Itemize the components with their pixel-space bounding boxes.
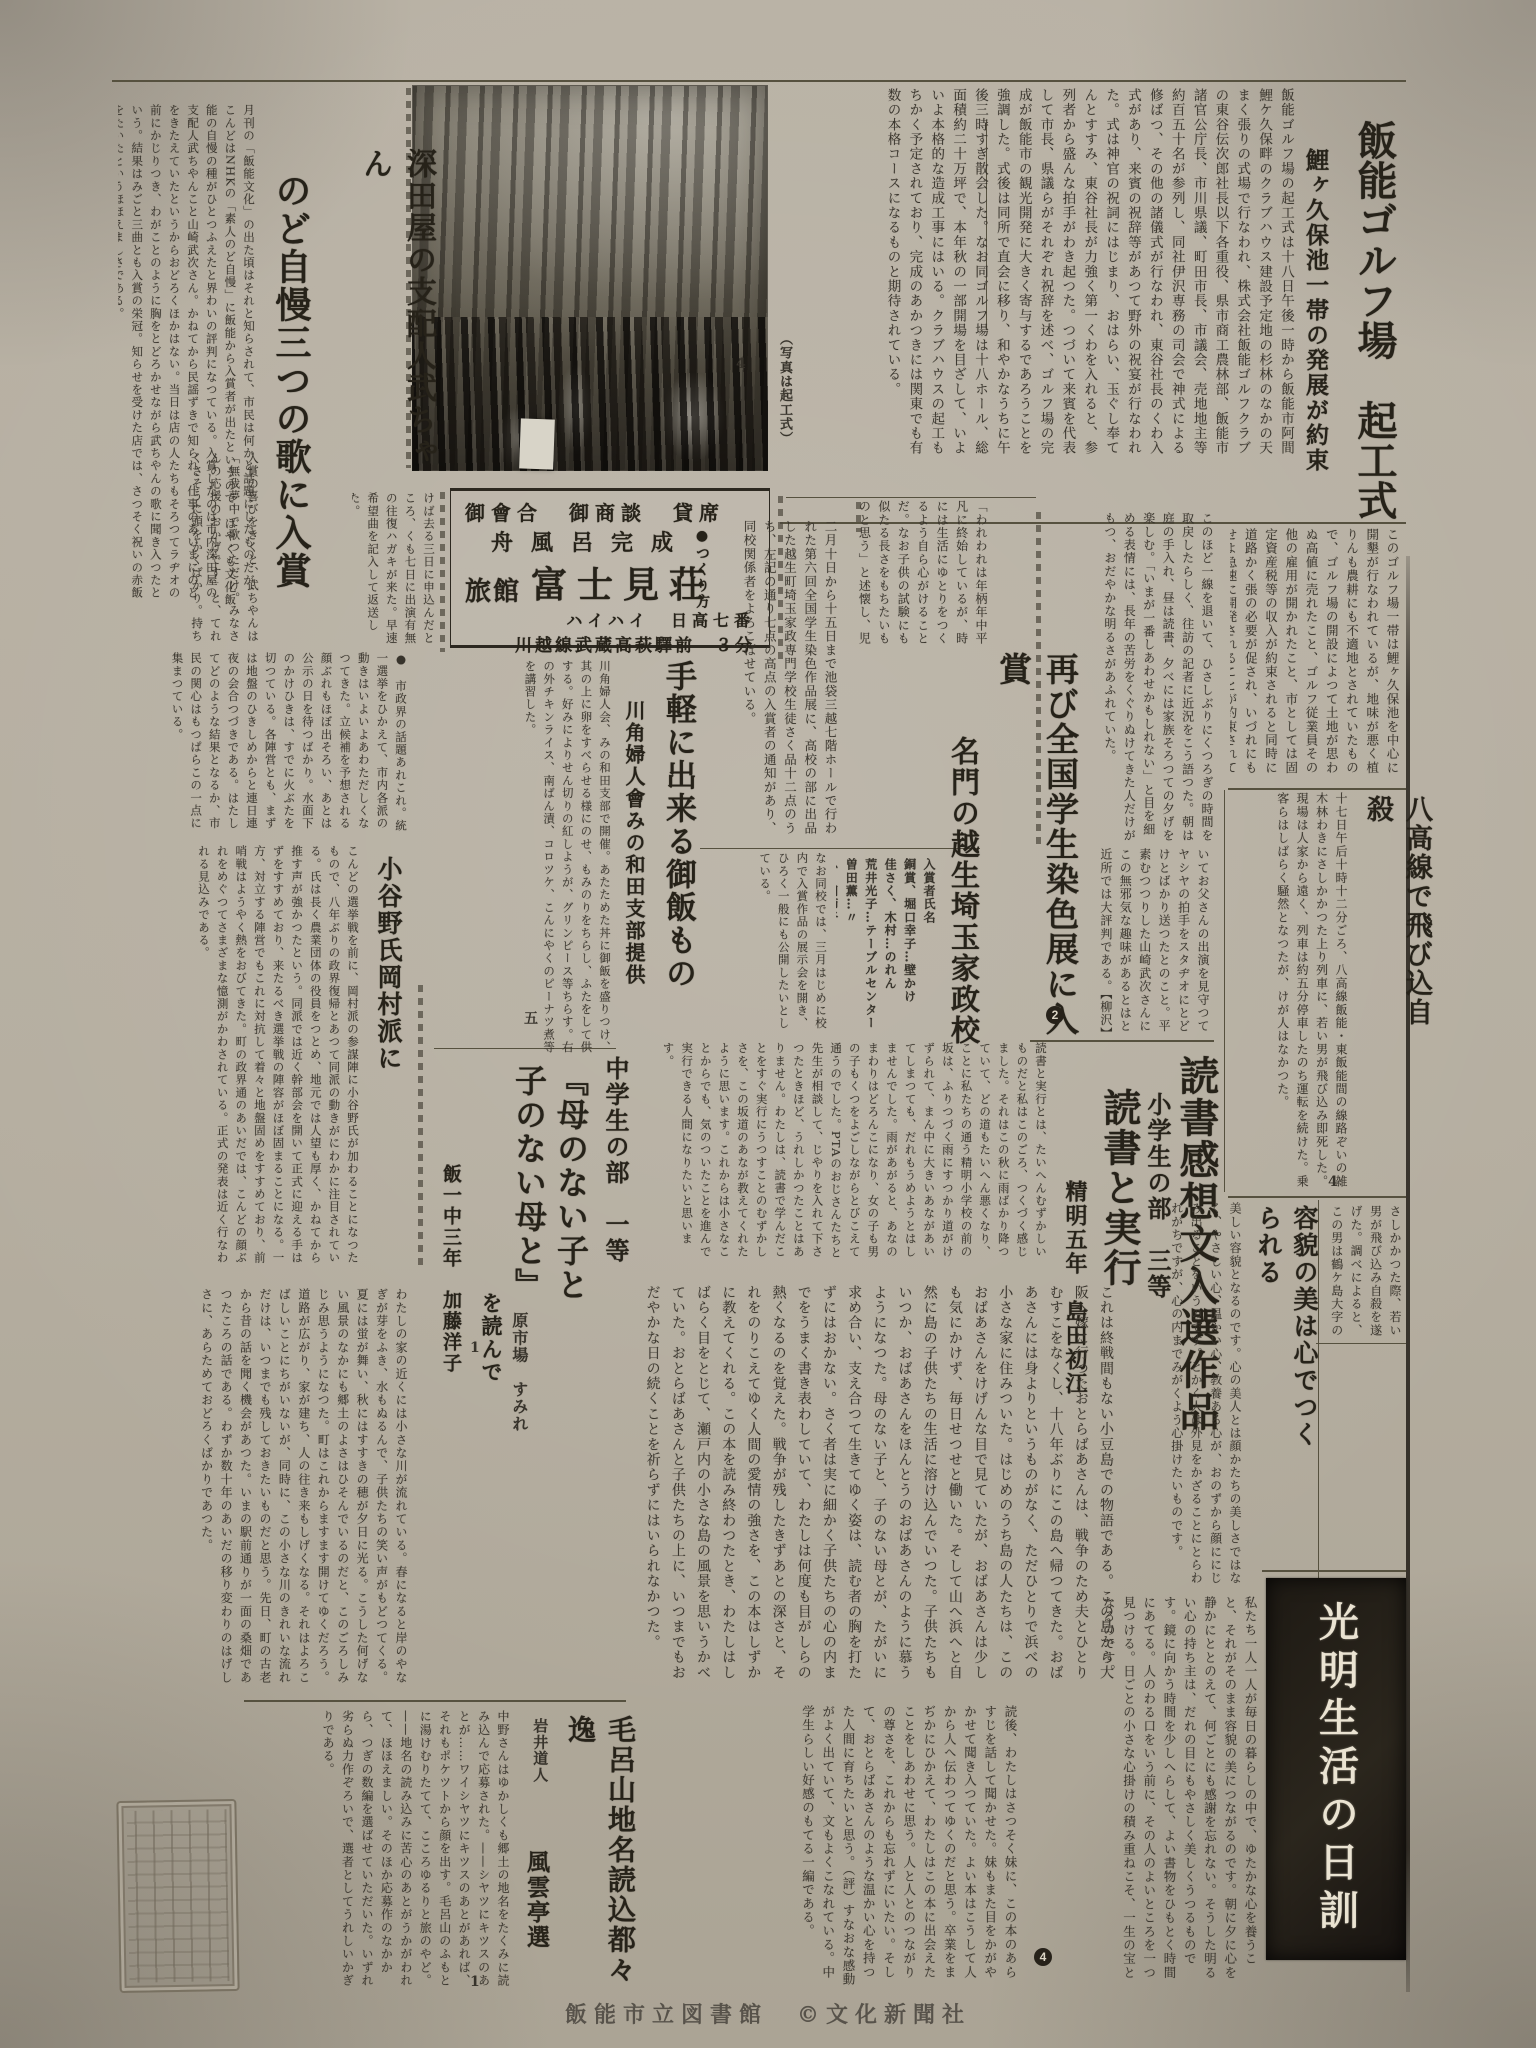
circled-number-2: 2 — [1046, 1006, 1064, 1024]
suicide-body2: さしかかつた際、若い男が飛び込み自殺を遂げた。調べによると、この男は鶴ケ島大字の… — [1324, 1205, 1404, 1341]
dye-subhead: 名門の越生埼玉家政校 — [944, 736, 985, 1046]
suicide-body: 十七日午后十時十二分ごろ、八高線飯能・東飯能間の線路ぞいの雑木林わきにさしかかつ… — [1230, 792, 1350, 1192]
koyano-headline: 小谷野氏岡村派に — [370, 856, 406, 1086]
divider — [1228, 1196, 1406, 1198]
essay-byline2: 飯一中三年 加藤洋子 — [438, 1164, 465, 1464]
essay1-body: 読書と実行とは、たいへんむずかしいものだと私はこのごろ、つくづく感じました。それ… — [620, 1042, 1050, 1270]
rice-body: 川角婦人会、みの和田支部で開催。あたためた丼に御飯を盛りつけ、其の上に卵をすべら… — [520, 660, 614, 1060]
beauty-headline-b: られる — [1250, 1205, 1286, 1305]
divider — [786, 497, 1036, 498]
nodo-headline-main: のど自慢三つの歌に入賞 — [266, 172, 317, 627]
footer-caption: 飯能市立図書館 ©文化新聞社 — [0, 1998, 1536, 2029]
divider — [700, 848, 980, 849]
nodo-body3: けば去る三日に申込んだところ、くも七日に出演有無の往復ハガキが来た。早速希望曲を… — [352, 492, 438, 652]
crowd-in-photo — [412, 317, 768, 471]
beauty-headline-a: 容貌の美は心でつく — [1286, 1205, 1322, 1455]
golf-lead: 飯能ゴルフ場の起工式は十八日午後一時から飯能市阿間鯉ケ久保畔のクラブハウス建設予… — [772, 88, 1296, 462]
dodoitsu-headline: 毛呂山地名読込都々逸 — [560, 1715, 640, 2005]
golf-continuation: このゴルフ場一帯は鯉ヶ久保池を中心に開墾が行なわれているが、地味が悪く植りんも農… — [1230, 528, 1402, 784]
divider — [1228, 788, 1406, 790]
ad-name-prefix: 旅館 — [465, 571, 521, 608]
divider — [1316, 1343, 1406, 1344]
ceremony-photo — [412, 85, 768, 471]
photo-sign — [519, 418, 555, 469]
ad-ryokan-name: 富士見荘 — [531, 557, 715, 608]
dye-headline: 再び全国学生染色展に入賞 — [990, 652, 1084, 1052]
page-edge-shadow — [1406, 556, 1410, 1992]
dodoitsu-selector: 風雲亭選 — [520, 1850, 553, 1970]
column-number: 4 — [736, 356, 746, 372]
column-end-mark: 五 — [524, 1008, 538, 1028]
dye-lead: 二月十日から十五日まで池袋三越七階ホールで行われた第六回全国学生染色作品展に、高… — [700, 520, 840, 838]
column-number: 1 — [470, 1974, 480, 1990]
column-number: 1 — [470, 1340, 480, 1356]
suicide-headline: 八高線で飛び込自殺 — [1358, 795, 1436, 1045]
motto-text: 光明生活の日訓 — [1308, 1601, 1365, 1937]
dodoitsu-byline2: 原市場 すみれ — [506, 1312, 532, 1447]
golf-headline: 飯能ゴルフ場 起工式 — [1346, 120, 1403, 520]
nodo-headline-top: 深田屋の支配人武ちゃん — [352, 148, 440, 493]
koyano-body: こんどの選挙戦を前に、岡村派の参謀陣に小谷野氏が加わることになつたもので、八年ぶ… — [120, 845, 362, 1270]
newspaper-page: 飯能ゴルフ場 起工式 鯉ヶ久保池一帯の発展が約束 飯能ゴルフ場の起工式は十八日午… — [0, 0, 1536, 2048]
divider — [244, 1700, 626, 1702]
dodoitsu-byline: 岩井道人 — [528, 1718, 552, 1828]
library-stamp — [116, 1799, 239, 1993]
rice-headline: 手軽に出来る御飯もの — [656, 660, 701, 990]
essay-grade2: 中学生の部 一等 — [598, 1056, 633, 1286]
essay-title2a: 『母のない子と — [548, 1064, 594, 1314]
essay-title2b: 子のない母と』 — [506, 1064, 552, 1314]
column-number: 4 — [1328, 1174, 1338, 1190]
dodoitsu-body: 中野さんはゆかしくも郷土の地名をたくみに読み込んで応募された。——シヤツにキツス… — [246, 1710, 512, 1990]
motto-box: 光明生活の日訓 — [1266, 1578, 1406, 1960]
dye-more: なお同校では、三月はじめに校内で入賞作品の展示会を開き、ひろく一般にも公開したい… — [700, 852, 830, 1037]
rice-label: ●つくり方 — [692, 528, 712, 638]
golf-photo-caption: （写真は起工式） — [774, 332, 795, 462]
wavy-divider — [440, 492, 445, 652]
politics-notes: ● 市政界の話題あれこれ。統一選挙をひかえて、市内各派の動きはいよいよあわただし… — [120, 652, 410, 837]
circled-number-4: 4 — [1034, 1948, 1052, 1966]
divider — [1262, 1570, 1406, 1572]
essay2-body-continued: 読後、わたしはさつそく妹に、この本のあらすじを話して聞かせた。妹もまた目をかがや… — [628, 1705, 1020, 1987]
golf-subhead: 鯉ヶ久保池一帯の発展が約束 — [1299, 148, 1332, 478]
left-letters: わたしの家の近くには小さな川が流れている。春になると岸のやなぎが芽をふき、水もぬ… — [122, 1288, 410, 1688]
divider — [112, 80, 1406, 82]
beauty-body2: 私たち一人一人が毎日の暮らしの中で、ゆたかな心を養うこと、それがそのまま容貌の美… — [1028, 1596, 1260, 1990]
wavy-divider — [418, 985, 423, 1270]
essay-title2c: を読んで — [476, 1292, 506, 1402]
nodo-quote: 「われわれは年柄年中平凡に終始しているが、時には生活にゆとりをつくるよう自ら心が… — [856, 500, 990, 658]
rice-subhead: 川角婦人會みの和田支部提供 — [620, 700, 649, 1030]
nodo-body2: 入賞の喜びをきくと、武ちやんは「無我夢中で歌つただけ。みなさんの応援のおかげです… — [188, 452, 262, 647]
beauty-body: 美しい容貌となるのです。心の美人とは顔かたちの美しさではなく、やさしい心、温かい… — [1136, 1202, 1244, 1592]
